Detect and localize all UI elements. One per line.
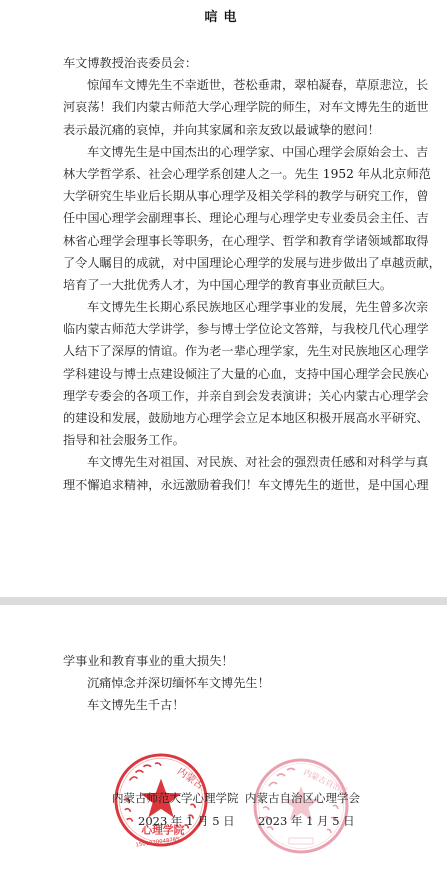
official-seal-psychology-society: 内蒙古自治区: [251, 756, 351, 856]
text-line: 人结下了深厚的情谊。作为老一辈心理学家，先生对民族地区心理学: [63, 340, 385, 362]
text-line: 沉痛悼念并深切缅怀车文博先生！: [63, 672, 385, 694]
document-page-2: [0, 605, 447, 871]
text-line: 大学研究生毕业后长期从事心理学及相关学科的教学与研究工作，曾: [63, 185, 385, 207]
text-line: 林大学哲学系、社会心理学系创建人之一。先生 1952 年从北京师范: [63, 163, 385, 185]
text-line: 学科建设与博士点建设倾注了大量的心血，支持中国心理学会民族心: [63, 363, 385, 385]
letter-body-page-1: 车文博教授治丧委员会： 惊闻车文博先生不幸逝世，苍松垂肃，翠柏凝春，草原悲泣，长…: [63, 52, 385, 496]
salutation: 车文博教授治丧委员会：: [63, 52, 385, 74]
text-line: 培育了一大批优秀人才，为中国心理学的教育事业贡献巨大。: [63, 274, 385, 296]
text-line: 惊闻车文博先生不幸逝世，苍松垂肃，翠柏凝春，草原悲泣，长: [63, 74, 385, 96]
text-line: 车文博先生长期心系民族地区心理学事业的发展，先生曾多次亲: [63, 296, 385, 318]
seal-stamp-icon: 内蒙古自治区: [251, 756, 351, 856]
text-line: 林省心理学会理事长等职务，在心理学、哲学和教育学诸领域都取得: [63, 230, 385, 252]
document-title: 唁电: [0, 6, 447, 25]
signature-org-2: 内蒙古自治区心理学会: [245, 790, 360, 806]
text-line: 理不懈追求精神，永远激励着我们！车文博先生的逝世，是中国心理: [63, 474, 385, 496]
letter-body-page-2: 学事业和教育事业的重大损失！ 沉痛悼念并深切缅怀车文博先生！ 车文博先生千古！: [63, 650, 385, 717]
text-line: 学事业和教育事业的重大损失！: [63, 650, 385, 672]
text-line: 的建设和发展，鼓励地方心理学会立足本地区积极开展高水平研究、: [63, 407, 385, 429]
text-line: 车文博先生千古！: [63, 694, 385, 716]
signature-date-2: 2023 年 1 月 5 日: [258, 813, 355, 829]
document-page-1: 唁电 车文博教授治丧委员会： 惊闻车文博先生不幸逝世，苍松垂肃，翠柏凝春，草原悲…: [0, 0, 447, 597]
text-line: 任中国心理学会副理事长、理论心理与心理学史专业委员会主任、吉: [63, 207, 385, 229]
text-line: 理学专委会的各项工作，并亲自到会发表演讲；关心内蒙古心理学会: [63, 385, 385, 407]
text-line: 了令人瞩目的成就，对中国理论心理学的发展与进步做出了卓越贡献，: [63, 252, 385, 274]
page-separator: [0, 597, 447, 605]
text-line: 临内蒙古师范大学讲学，参与博士学位论文答辩，与我校几代心理学: [63, 318, 385, 340]
text-line: 车文博先生是中国杰出的心理学家、中国心理学会原始会士、吉: [63, 141, 385, 163]
text-line: 指导和社会服务工作。: [63, 429, 385, 451]
text-line: 车文博先生对祖国、对民族、对社会的强烈责任感和对科学与真: [63, 451, 385, 473]
text-line: 河哀荡！我们内蒙古师范大学心理学院的师生，对车文博先生的逝世: [63, 96, 385, 118]
signature-org-1: 内蒙古师范大学心理学院: [112, 790, 239, 806]
svg-text:1501020048765: 1501020048765: [135, 837, 180, 849]
text-line: 表示最沉痛的哀悼，并向其家属和亲友致以最诚挚的慰问！: [63, 119, 385, 141]
signature-date-1: 2023 年 1 月 5 日: [138, 813, 235, 829]
